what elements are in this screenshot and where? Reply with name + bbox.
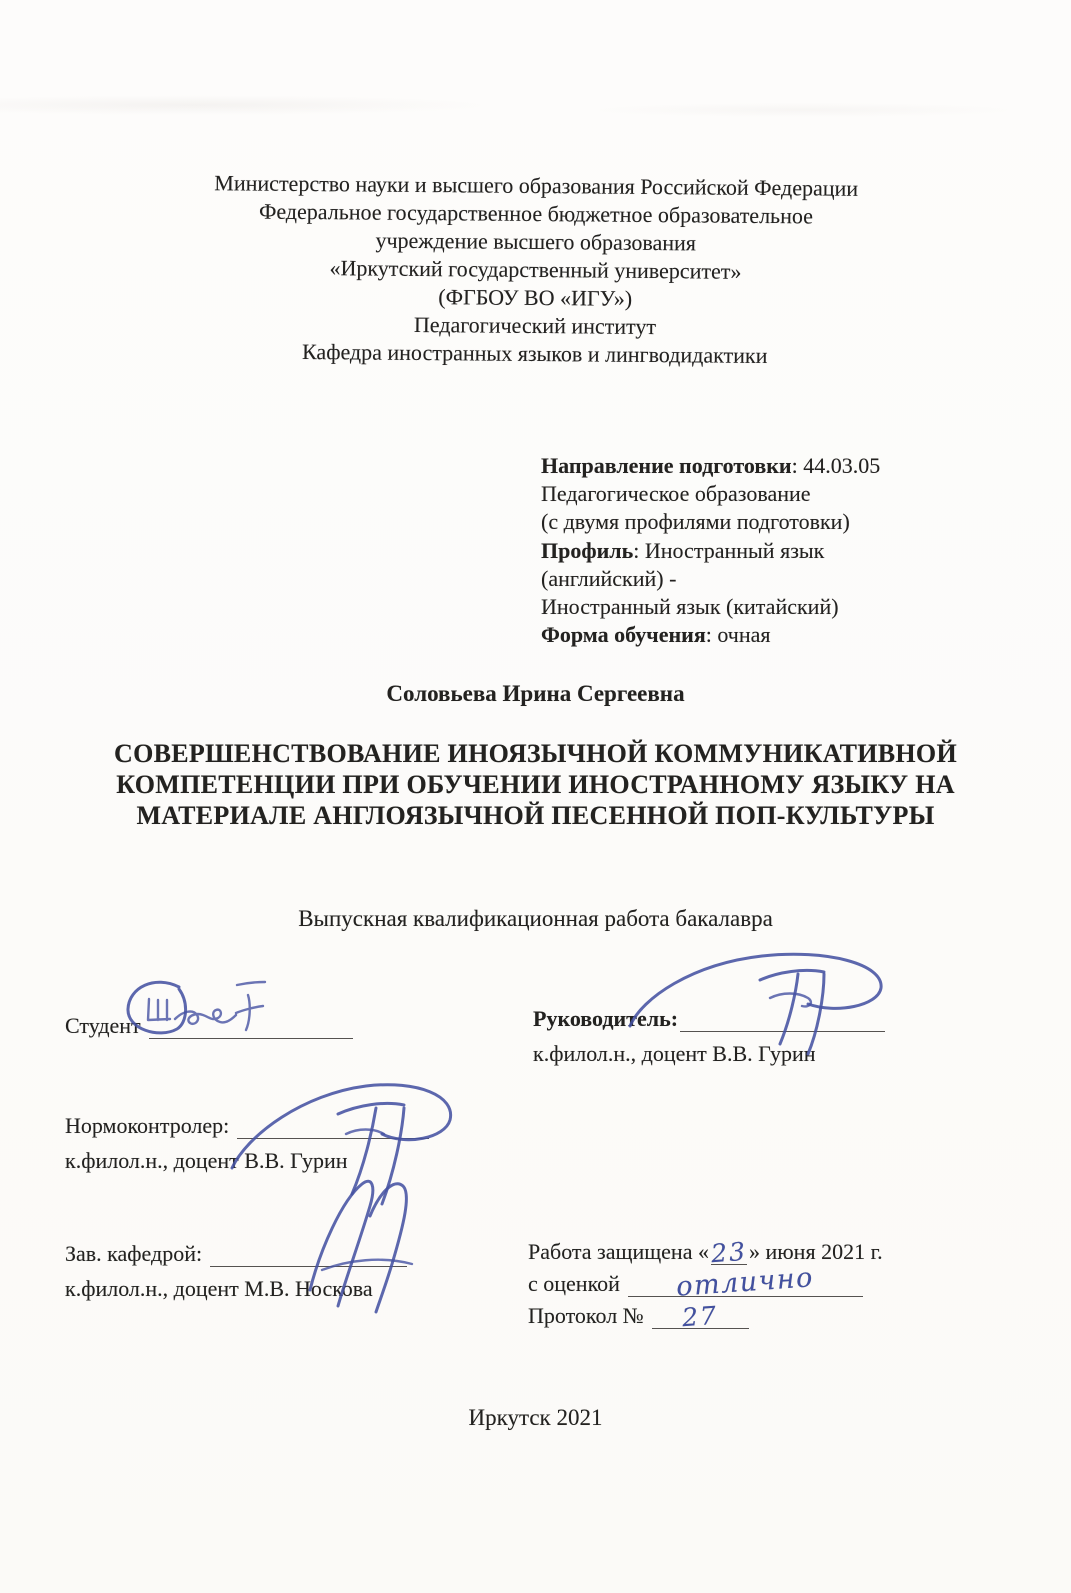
program-profile: Профиль: Иностранный язык: [541, 537, 880, 565]
defense-day-handwritten: 23: [710, 1237, 748, 1268]
thesis-title-line: МАТЕРИАЛЕ АНГЛОЯЗЫЧНОЙ ПЕСЕННОЙ ПОП-КУЛЬ…: [0, 800, 1071, 831]
defense-date-prefix: Работа защищена «: [528, 1239, 709, 1264]
protocol-blank: 27: [652, 1304, 749, 1329]
student-row: Студент: [65, 1013, 353, 1039]
normcontrol-row: Нормоконтролер:: [65, 1113, 429, 1139]
defense-date-suffix: » июня 2021 г.: [749, 1239, 883, 1264]
thesis-title-line: КОМПЕТЕНЦИИ ПРИ ОБУЧЕНИИ ИНОСТРАННОМУ ЯЗ…: [0, 769, 1071, 800]
protocol-handwritten: 27: [681, 1301, 719, 1332]
student-label: Студент: [65, 1013, 141, 1038]
normcontrol-name: к.филол.н., доцент В.В. Гурин: [65, 1148, 348, 1174]
thesis-title: СОВЕРШЕНСТВОВАНИЕ ИНОЯЗЫЧНОЙ КОММУНИКАТИ…: [0, 738, 1071, 831]
defense-grade-line: с оценкойотлично: [528, 1271, 863, 1297]
city-year: Иркутск 2021: [0, 1405, 1071, 1431]
protocol-label: Протокол №: [528, 1303, 644, 1328]
department-head-signature-line: [210, 1242, 407, 1267]
program-study-form: Форма обучения: очная: [541, 621, 880, 649]
grade-label: с оценкой: [528, 1271, 620, 1296]
defense-protocol-line: Протокол №27: [528, 1303, 749, 1329]
author-name: Соловьева Ирина Сергеевна: [0, 681, 1071, 707]
supervisor-label: Руководитель:: [533, 1006, 678, 1031]
university-header: Министерство науки и высшего образования…: [0, 167, 1071, 372]
department-head-row: Зав. кафедрой:: [65, 1241, 407, 1267]
defense-day-blank: 23: [711, 1240, 747, 1265]
program-line: (с двумя профилями подготовки): [541, 508, 880, 536]
normcontrol-signature: [218, 1072, 463, 1220]
grade-blank: отлично: [628, 1272, 863, 1297]
normcontrol-signature-line: [237, 1114, 429, 1139]
program-line: Иностранный язык (китайский): [541, 593, 880, 621]
program-line: Педагогическое образование: [541, 480, 880, 508]
thesis-title-line: СОВЕРШЕНСТВОВАНИЕ ИНОЯЗЫЧНОЙ КОММУНИКАТИ…: [0, 738, 1071, 769]
student-signature-line: [149, 1014, 353, 1039]
defense-date-line: Работа защищена «23» июня 2021 г.: [528, 1239, 883, 1265]
program-line: (английский) -: [541, 565, 880, 593]
normcontrol-label: Нормоконтролер:: [65, 1113, 229, 1138]
program-direction: Направление подготовки: 44.03.05: [541, 452, 880, 480]
department-head-label: Зав. кафедрой:: [65, 1241, 202, 1266]
department-head-name: к.филол.н., доцент М.В. Носкова: [65, 1276, 373, 1302]
thesis-title-page: Министерство науки и высшего образования…: [0, 0, 1071, 1593]
program-info-block: Направление подготовки: 44.03.05 Педагог…: [541, 452, 880, 649]
supervisor-row: Руководитель:: [533, 1006, 885, 1032]
supervisor-signature-line: [680, 1007, 885, 1032]
supervisor-name: к.филол.н., доцент В.В. Гурин: [533, 1041, 816, 1067]
work-type: Выпускная квалификационная работа бакала…: [0, 906, 1071, 932]
grade-handwritten: отлично: [676, 1262, 816, 1303]
